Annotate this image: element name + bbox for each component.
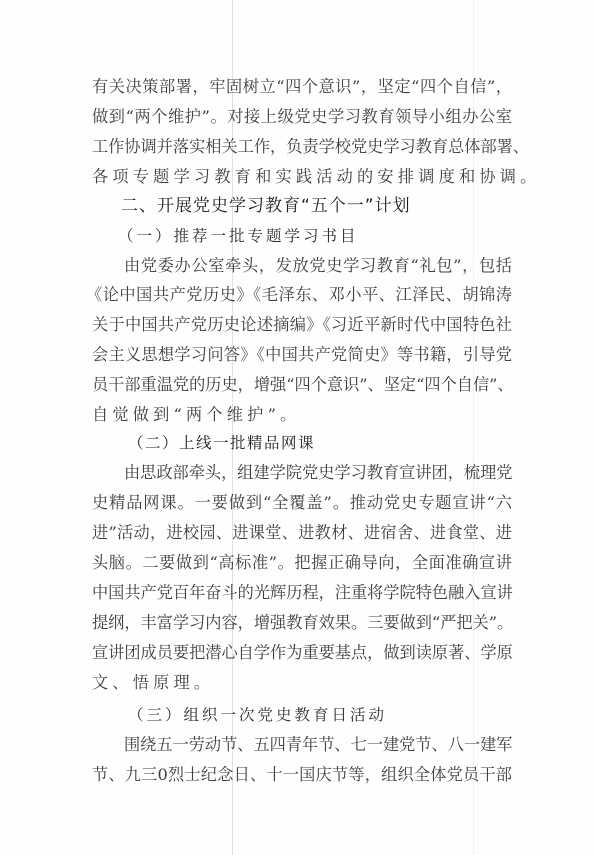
body-text-line: 由党委办公室牵头，发放党史学习教育“礼包”，包括 [124, 256, 512, 276]
body-text-line: 提纲，丰富学习内容，增强教育效果。三要做到“严把关”。 [92, 613, 512, 633]
body-text-line: 中国共产党百年奋斗的光辉历程，注重将学院特色融入宣讲 [92, 583, 512, 603]
body-text-line: 关于中国共产党历史论述摘编》《习近平新时代中国特色社 [92, 315, 512, 335]
body-text-line: 由思政部牵头，组建学院党史学习教育宣讲团，梳理党 [124, 463, 512, 483]
body-text-line: 有关决策部署，牢固树立“四个意识”，坚定“四个自信”， [92, 77, 512, 97]
body-text-line: 史精品网课。一要做到“全覆盖”。推动党史专题宣讲“六 [92, 493, 512, 513]
body-text-line: 工作协调并落实相关工作，负责学校党史学习教育总体部署、 [92, 137, 512, 157]
body-text-line: 头脑。二要做到“高标准”。把握正确导向，全面准确宣讲 [92, 553, 512, 573]
body-text-line: 各项专题学习教育和实践活动的安排调度和协调。 [92, 167, 512, 187]
body-text-line: 围绕五一劳动节、五四青年节、七一建党节、八一建军 [124, 735, 512, 755]
subsection-heading: （二）上线一批精品网课 [128, 433, 315, 453]
subsection-heading: （三）组织一次党史教育日活动 [128, 705, 387, 725]
body-text-line: 做到“两个维护”。对接上级党史学习教育领导小组办公室 [92, 107, 512, 127]
body-text-line: 员干部重温党的历史，增强“四个意识”、坚定“四个自信”、 [92, 375, 512, 395]
body-text-line: 文、悟原理。 [92, 673, 512, 693]
body-text-line: 自觉做到“两个维护”。 [92, 405, 512, 425]
section-heading: 二、开展党史学习教育“五个一”计划 [121, 196, 411, 216]
body-text-line: 节、九三0烈士纪念日、十一国庆节等，组织全体党员干部 [92, 765, 512, 785]
scan-artifact-line [473, 0, 474, 855]
document-page: 有关决策部署，牢固树立“四个意识”，坚定“四个自信”， 做到“两个维护”。对接上… [0, 0, 596, 855]
subsection-heading: （一）推荐一批专题学习书目 [118, 226, 359, 246]
body-text-line: 进”活动，进校园、进课堂、进教材、进宿舍、进食堂、进 [92, 523, 512, 543]
scan-artifact-line [232, 0, 233, 855]
body-text-line: 宣讲团成员要把潜心自学作为重要基点，做到读原著、学原 [92, 643, 512, 663]
body-text-line: 会主义思想学习问答》《中国共产党简史》等书籍，引导党 [92, 345, 512, 365]
body-text-line: 《论中国共产党历史》《毛泽东、邓小平、江泽民、胡锦涛 [86, 285, 512, 305]
